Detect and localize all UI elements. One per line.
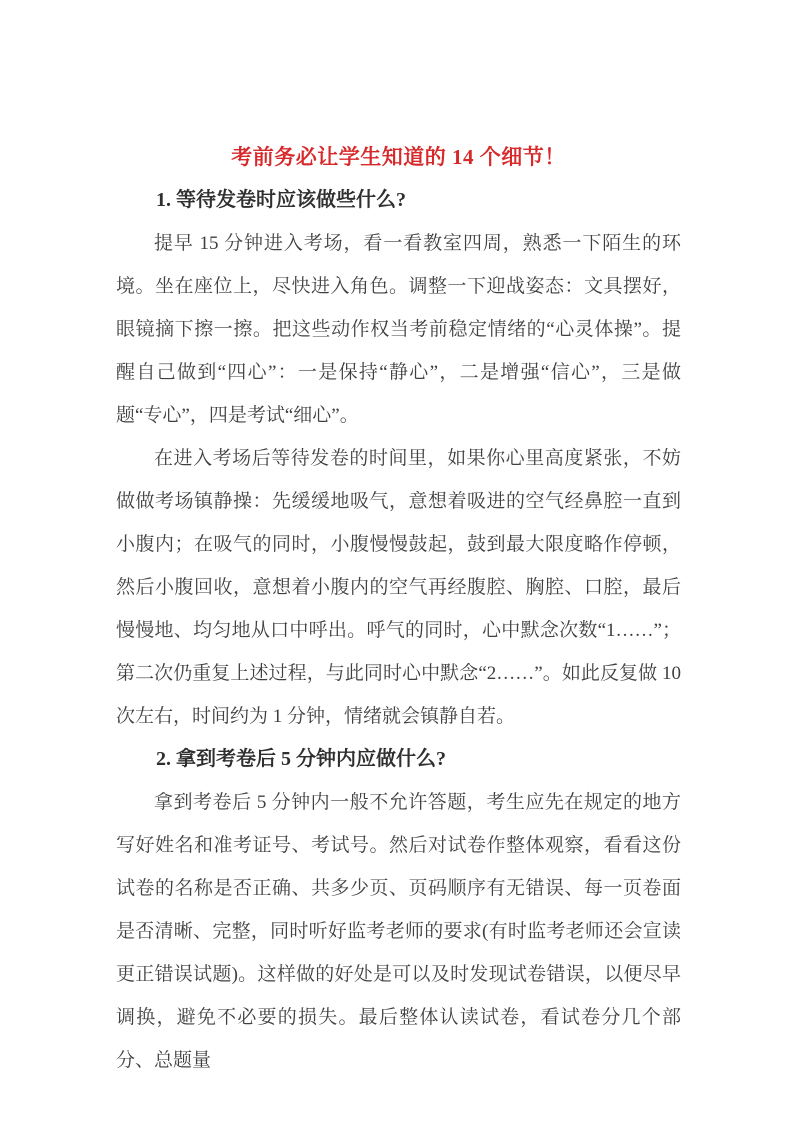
section-heading-1: 1. 等待发卷时应该做些什么? bbox=[116, 179, 681, 222]
document-content: 考前务必让学生知道的 14 个细节！ 1. 等待发卷时应该做些什么? 提早 15… bbox=[0, 0, 793, 1082]
paragraph: 拿到考卷后 5 分钟内一般不允许答题，考生应先在规定的地方写好姓名和准考证号、考… bbox=[116, 781, 681, 1082]
document-page: 考前务必让学生知道的 14 个细节！ 1. 等待发卷时应该做些什么? 提早 15… bbox=[0, 0, 793, 1122]
document-title: 考前务必让学生知道的 14 个细节！ bbox=[116, 136, 681, 179]
section-heading-2: 2. 拿到考卷后 5 分钟内应做什么? bbox=[116, 738, 681, 781]
paragraph: 在进入考场后等待发卷的时间里，如果你心里高度紧张，不妨做做考场镇静操：先缓缓地吸… bbox=[116, 437, 681, 738]
paragraph: 提早 15 分钟进入考场，看一看教室四周，熟悉一下陌生的环境。坐在座位上，尽快进… bbox=[116, 222, 681, 437]
